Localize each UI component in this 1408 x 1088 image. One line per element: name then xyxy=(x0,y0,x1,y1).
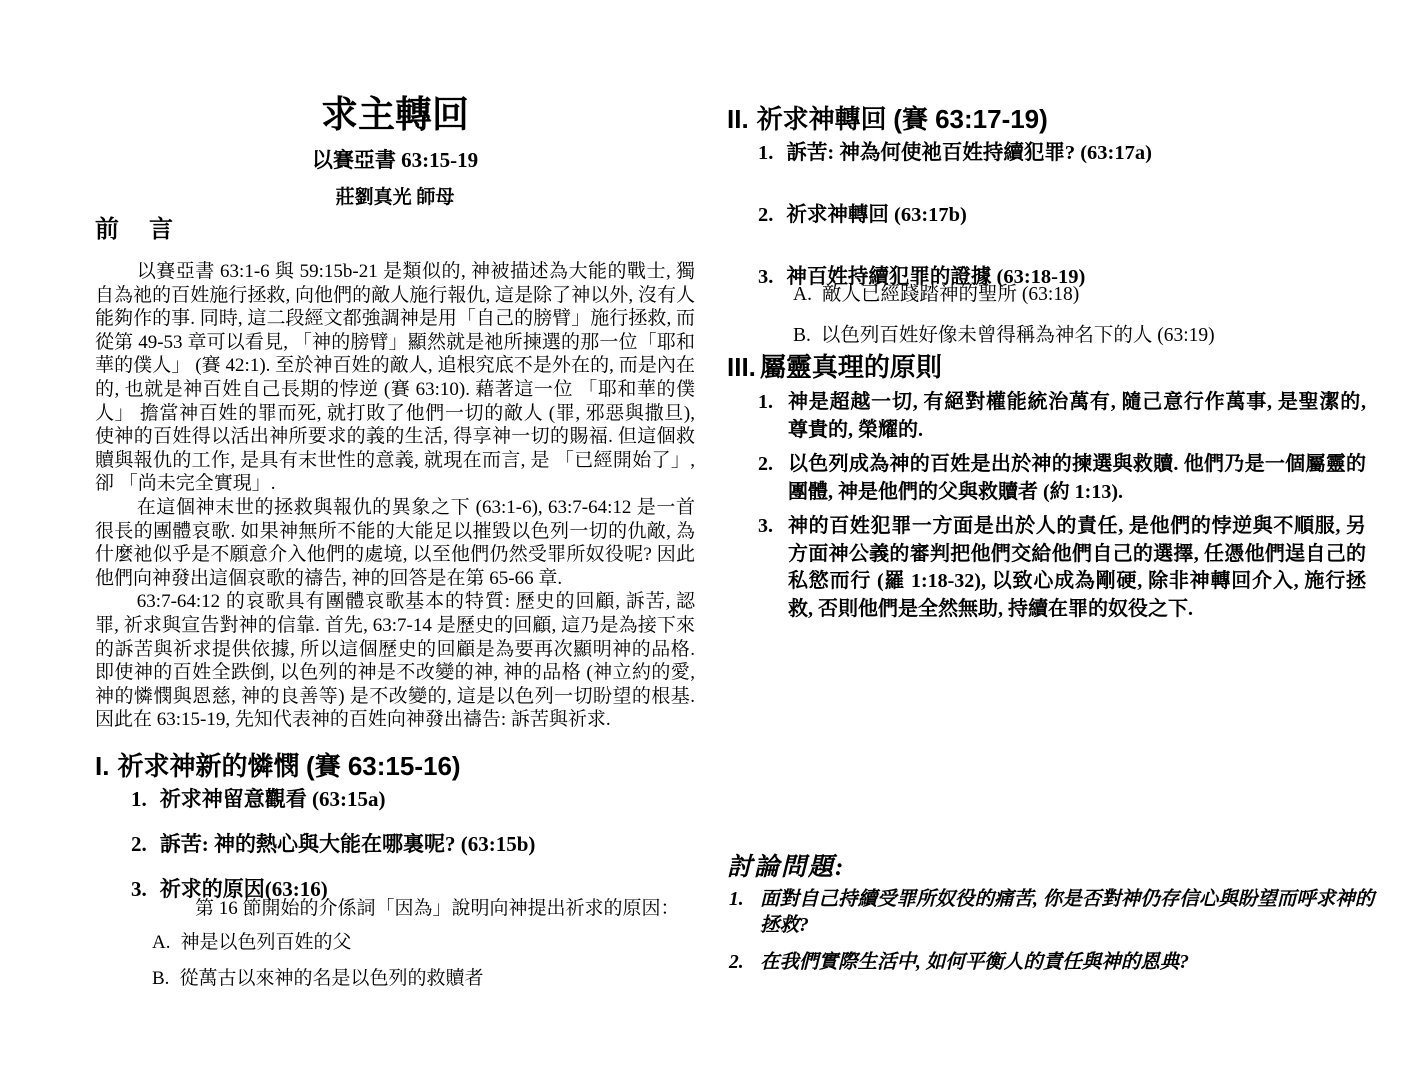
principle-number: 3. xyxy=(758,513,773,541)
sub-list-item: B.從萬古以來神的名是以色列的救贖者 xyxy=(152,963,483,990)
list-item-number: 2. xyxy=(131,832,147,857)
principle-number: 2. xyxy=(758,451,773,479)
list-item: 1.祈求神留意觀看 (63:15a) xyxy=(131,783,535,813)
principle-item: 2.以色列成為神的百姓是出於神的揀選與救贖. 他們乃是一個屬靈的團體, 神是他們… xyxy=(758,451,1366,506)
preface-paragraph-3: 63:7-64:12 的哀歌具有團體哀歌基本的特質: 歷史的回顧, 訴苦, 認罪… xyxy=(95,590,695,732)
doc-author: 莊劉真光 師母 xyxy=(95,182,695,209)
section-3-title: 屬靈真理的原則 xyxy=(760,353,942,382)
document-page: 求主轉回 以賽亞書 63:15-19 莊劉真光 師母 前 言 以賽亞書 63:1… xyxy=(0,0,1408,1088)
sub-list-item: A.敵人已經踐踏神的聖所 (63:18) xyxy=(793,278,1215,306)
list-item-text: 訴苦: 神為何使祂百姓持續犯罪? (63:17a) xyxy=(786,142,1152,164)
sub-item-letter: A. xyxy=(793,284,812,306)
preface-body: 以賽亞書 63:1-6 與 59:15b-21 是類似的, 神被描述為大能的戰士… xyxy=(95,260,695,732)
section-3-items: 1.神是超越一切, 有絕對權能統治萬有, 隨己意行作萬事, 是聖潔的, 尊貴的,… xyxy=(758,389,1366,630)
sub-list-item: A.神是以色列百姓的父 xyxy=(152,927,483,954)
sub-item-letter: A. xyxy=(152,932,170,954)
principle-text: 神是超越一切, 有絕對權能統治萬有, 隨己意行作萬事, 是聖潔的, 尊貴的, 榮… xyxy=(788,391,1366,441)
list-item-text: 祈求神留意觀看 (63:15a) xyxy=(160,787,386,811)
discussion-heading: 討論問題: xyxy=(727,847,845,883)
section-2-ref: (賽 63:17-19) xyxy=(893,104,1048,134)
section-1-title: 祈求神新的憐憫 xyxy=(117,752,299,781)
sub-item-text: 從萬古以來神的名是以色列的救贖者 xyxy=(179,968,483,989)
preface-heading: 前 言 xyxy=(95,209,185,244)
doc-subtitle: 以賽亞書 63:15-19 xyxy=(95,144,695,174)
doc-header: 求主轉回 以賽亞書 63:15-19 莊劉真光 師母 xyxy=(95,94,695,209)
section-1-heading: I.祈求神新的憐憫 (賽 63:15-16) xyxy=(95,746,461,783)
sub-item-text: 敵人已經踐踏神的聖所 (63:18) xyxy=(822,284,1079,305)
question-text: 在我們實際生活中, 如何平衡人的責任與神的恩典? xyxy=(760,952,1189,973)
question-number: 1. xyxy=(729,887,744,913)
question-number: 2. xyxy=(729,950,744,976)
principle-number: 1. xyxy=(758,389,773,417)
sub-list-item: B.以色列百姓好像未曾得稱為神名下的人 (63:19) xyxy=(793,319,1215,347)
principle-text: 神的百姓犯罪一方面是出於人的責任, 是他們的悖逆與不順服, 另方面神公義的審判把… xyxy=(788,515,1366,620)
list-item-text: 訴苦: 神的熱心與大能在哪裏呢? (63:15b) xyxy=(160,832,536,856)
section-1-ref: (賽 63:15-16) xyxy=(306,751,461,781)
list-item-number: 1. xyxy=(131,787,147,812)
section-2-numeral: II. xyxy=(727,104,749,134)
discussion-question: 1.面對自己持續受罪所奴役的痛苦, 你是否對神仍存信心與盼望而呼求神的拯救? xyxy=(727,887,1375,938)
list-item-number: 3. xyxy=(131,877,147,902)
question-text: 面對自己持續受罪所奴役的痛苦, 你是否對神仍存信心與盼望而呼求神的拯救? xyxy=(760,889,1374,936)
doc-title: 求主轉回 xyxy=(95,94,695,138)
section-2-title: 祈求神轉回 xyxy=(757,105,887,134)
list-item: 2.祈求神轉回 (63:17b) xyxy=(758,197,1152,227)
list-item-number: 2. xyxy=(758,204,773,227)
sub-item-text: 以色列百姓好像未曾得稱為神名下的人 (63:19) xyxy=(821,325,1215,346)
list-item-number: 1. xyxy=(758,142,773,165)
section-1-subitems: A.神是以色列百姓的父 B.從萬古以來神的名是以色列的救贖者 xyxy=(152,927,483,999)
list-item-number: 3. xyxy=(758,266,773,289)
principle-item: 1.神是超越一切, 有絕對權能統治萬有, 隨己意行作萬事, 是聖潔的, 尊貴的,… xyxy=(758,389,1366,444)
sub-item-letter: B. xyxy=(793,325,811,347)
list-item: 1.訴苦: 神為何使祂百姓持續犯罪? (63:17a) xyxy=(758,135,1152,165)
preface-paragraph-1: 以賽亞書 63:1-6 與 59:15b-21 是類似的, 神被描述為大能的戰士… xyxy=(95,260,695,496)
list-item-text: 祈求神轉回 (63:17b) xyxy=(786,204,967,226)
principle-item: 3.神的百姓犯罪一方面是出於人的責任, 是他們的悖逆與不順服, 另方面神公義的審… xyxy=(758,513,1366,623)
section-1-note: 第 16 節開始的介係詞「因為」說明向神提出祈求的原因： xyxy=(195,893,695,920)
preface-paragraph-2: 在這個神末世的拯救與報仇的異象之下 (63:1-6), 63:7-64:12 是… xyxy=(95,496,695,590)
discussion-question: 2.在我們實際生活中, 如何平衡人的責任與神的恩典? xyxy=(727,950,1375,976)
discussion-questions: 1.面對自己持續受罪所奴役的痛苦, 你是否對神仍存信心與盼望而呼求神的拯救? 2… xyxy=(727,887,1375,988)
section-2-heading: II.祈求神轉回 (賽 63:17-19) xyxy=(727,99,1048,136)
section-1-numeral: I. xyxy=(95,751,109,781)
principle-text: 以色列成為神的百姓是出於神的揀選與救贖. 他們乃是一個屬靈的團體, 神是他們的父… xyxy=(788,453,1366,503)
section-3-heading: III.屬靈真理的原則 xyxy=(727,347,942,384)
sub-item-letter: B. xyxy=(152,968,169,990)
section-3-numeral: III. xyxy=(727,352,756,382)
list-item: 2.訴苦: 神的熱心與大能在哪裏呢? (63:15b) xyxy=(131,828,535,858)
sub-item-text: 神是以色列百姓的父 xyxy=(180,932,351,953)
